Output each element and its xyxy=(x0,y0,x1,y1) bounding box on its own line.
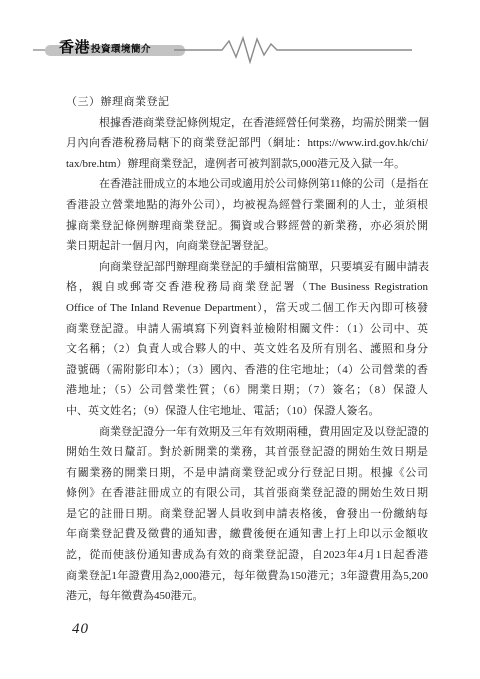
text-line: 年商業登記費及徵費的通知書，繳費後便在通知書上打上印以示金額收 xyxy=(66,524,428,545)
text-line: 港地址；（5）公司營業性質；（6）開業日期；（7）簽名；（8）保證人 xyxy=(66,380,428,401)
text-line: 商業登記證。申請人需填寫下列資料並檢附相關文件：（1）公司中、英 xyxy=(66,319,428,340)
text-line: 中、英文姓名；（9）保證人住宅地址、電話；（10）保證人簽名。 xyxy=(66,401,428,422)
text-line: 業日期起計一個月內，向商業登記署登記。 xyxy=(66,236,428,257)
text-line: 條例》在香港註冊成立的有限公司，其首張商業登記證的開始生效日期 xyxy=(66,483,428,504)
text-line: 證號碼（需附影印本）；（3）國內、香港的住宅地址；（4）公司營業的香 xyxy=(66,360,428,381)
body-text: （三）辦理商業登記 根據香港商業登記條例規定，在香港經營任何業務，均需於開業一個… xyxy=(66,92,428,607)
header-rule-zigzag xyxy=(174,35,414,65)
text-line: 是它的註冊日期。商業登記署人員收到申請表格後，會發出一份繳納每 xyxy=(66,504,428,525)
text-line: 開始生效日釐訂。對於新開業的業務，其首張登記證的開始生效日期是 xyxy=(66,442,428,463)
header-title: 香港 投資環境簡介 xyxy=(59,36,151,57)
page-number: 40 xyxy=(72,621,89,638)
text-line: 在香港註冊成立的本地公司或適用於公司條例第11條的公司（是指在 xyxy=(66,174,428,195)
paragraph: 商業登記證分一年有效期及三年有效期兩種，費用固定及以登記證的開始生效日釐訂。對於… xyxy=(66,422,428,607)
paragraph: 根據香港商業登記條例規定，在香港經營任何業務，均需於開業一個月內向香港稅務局轄下… xyxy=(66,113,428,175)
text-line: 格，親自或郵寄交香港稅務局商業登記署（The Business Registra… xyxy=(66,277,428,298)
text-line: 商業登記1年證費用為2,000港元，每年徵費為150港元；3年證費用為5,200 xyxy=(66,566,428,587)
text-line: 香港設立營業地點的海外公司），均被視為經營行業圖利的人士，並須根 xyxy=(66,195,428,216)
section-heading: （三）辦理商業登記 xyxy=(66,92,428,113)
text-line: 商業登記證分一年有效期及三年有效期兩種，費用固定及以登記證的 xyxy=(66,422,428,443)
paragraph: 在香港註冊成立的本地公司或適用於公司條例第11條的公司（是指在香港設立營業地點的… xyxy=(66,174,428,256)
text-line: 根據香港商業登記條例規定，在香港經營任何業務，均需於開業一個 xyxy=(66,113,428,134)
text-line: 月內向香港稅務局轄下的商業登記部門（網址：https://www.ird.gov… xyxy=(66,133,428,154)
text-line: 向商業登記部門辦理商業登記的手續相當簡單，只要填妥有關申請表 xyxy=(66,257,428,278)
text-line: 文名稱；（2）負責人或合夥人的中、英文姓名及所有別名、護照和身分 xyxy=(66,339,428,360)
document-page: 香港 投資環境簡介 （三）辦理商業登記 根據香港商業登記條例規定，在香港經營任何… xyxy=(0,0,480,679)
text-line: 據商業登記條例辦理商業登記。獨資或合夥經營的新業務，亦必須於開 xyxy=(66,216,428,237)
text-line: 港元，每年徵費為450港元。 xyxy=(66,586,428,607)
header-title-secondary: 投資環境簡介 xyxy=(91,41,151,55)
page: { "header": { "title_primary": "香港", "ti… xyxy=(0,0,480,679)
text-line: Office of The Inland Revenue Department）… xyxy=(66,298,428,319)
text-line: tax/bre.htm）辦理商業登記，違例者可被判罰款5,000港元及入獄一年。 xyxy=(66,154,428,175)
text-line: 訖，從而使該份通知書成為有效的商業登記證，自2023年4月1日起香港 xyxy=(66,545,428,566)
paragraph: 向商業登記部門辦理商業登記的手續相當簡單，只要填妥有關申請表格，親自或郵寄交香港… xyxy=(66,257,428,422)
header-title-primary: 香港 xyxy=(59,36,90,57)
text-line: 有關業務的開業日期，不是申請商業登記或分行登記日期。根據《公司 xyxy=(66,463,428,484)
